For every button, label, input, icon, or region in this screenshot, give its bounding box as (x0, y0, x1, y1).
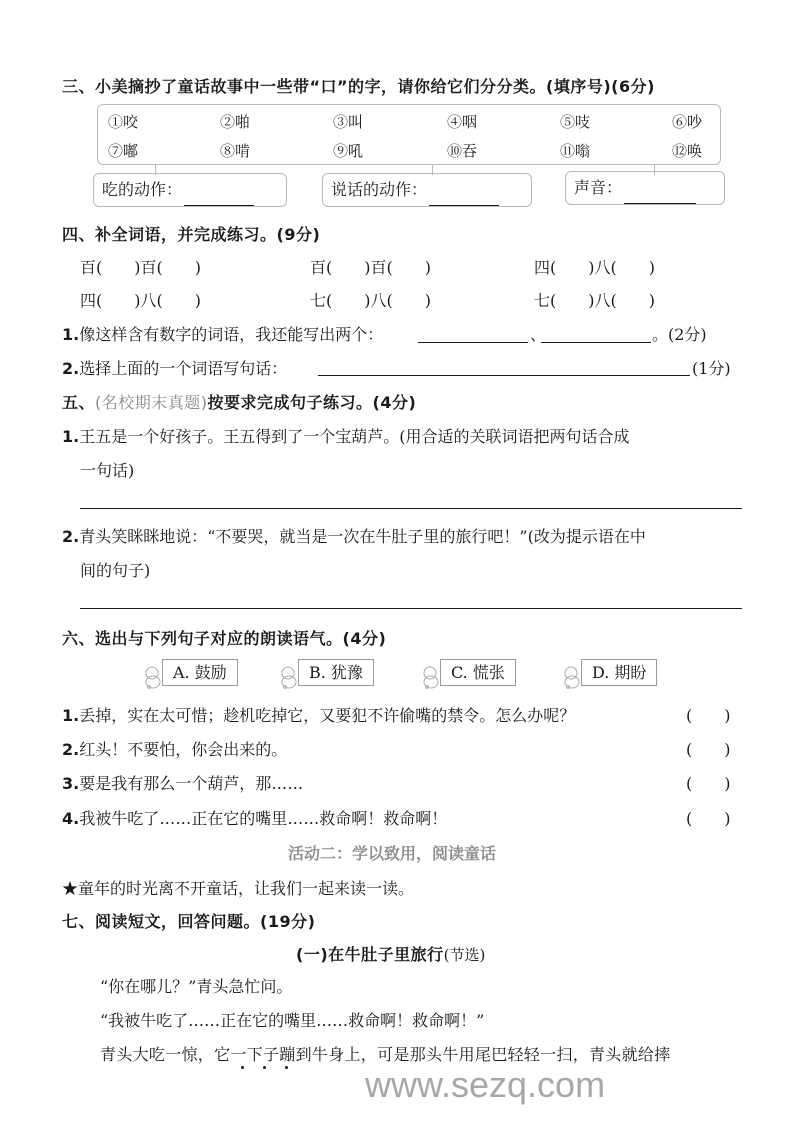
question-text: 像这样含有数字的词语，我还能写出两个： (79, 325, 383, 344)
bear-icon (144, 665, 164, 689)
section4-question-1: 1.像这样含有数字的词语，我还能写出两个： (62, 322, 383, 345)
answer-line[interactable] (80, 608, 742, 609)
question-number: 2. (62, 527, 79, 546)
passage-paragraph: 青头大吃一惊，它一下子蹦到牛身上，可是那头牛用尾巴轻轻一扫，青头就给摔 (100, 1042, 671, 1065)
option-label: B. 犹豫 (298, 659, 374, 686)
section-instruction: 按要求完成句子练习。(4分) (208, 393, 417, 412)
question-text: 青头笑眯眯地说：“不要哭，就当是一次在牛肚子里的旅行吧！”(改为提示语在中 (79, 527, 646, 546)
question-number: 2. (62, 359, 79, 378)
score-label: 。(2分) (652, 322, 707, 345)
char-item: ⑩吞 (447, 140, 477, 161)
bear-icon (422, 665, 442, 689)
section6-question: 3.要是我有那么一个葫芦，那…… (62, 771, 303, 794)
char-item: ③叫 (333, 111, 363, 132)
section5-question-2: 2.青头笑眯眯地说：“不要哭，就当是一次在牛肚子里的旅行吧！”(改为提示语在中 (62, 524, 646, 547)
category-eating[interactable]: 吃的动作： (93, 173, 287, 207)
answer-paren[interactable]: ( ) (686, 771, 731, 794)
emphasis-dot (285, 1066, 288, 1069)
answer-blank[interactable] (418, 342, 528, 343)
exam-page: 三、小美摘抄了童话故事中一些带“口”的字，请你给它们分分类。(填序号)(6分) … (0, 0, 800, 1131)
question-text-cont: 一句话) (80, 458, 134, 481)
section-number: 五、 (62, 393, 95, 412)
answer-blank[interactable] (429, 188, 499, 206)
char-item: ②啪 (220, 111, 250, 132)
char-item: ⑦嘟 (108, 140, 138, 161)
category-label: 说话的动作： (331, 180, 427, 199)
char-item: ⑧啃 (220, 140, 250, 161)
bear-icon (280, 665, 300, 689)
section7-title: 七、阅读短文，回答问题。(19分) (62, 909, 315, 932)
word-blank[interactable]: 四( )八( ) (80, 288, 201, 311)
word-blank[interactable]: 七( )八( ) (534, 288, 655, 311)
char-item: ①咬 (108, 111, 138, 132)
category-sound[interactable]: 声音： (565, 171, 725, 205)
passage-paragraph: “我被牛吃了……正在它的嘴里……救命啊！救命啊！” (100, 1008, 484, 1031)
question-text: 丢掉，实在太可惜；趁机吃掉它，又要犯不许偷嘴的禁令。怎么办呢？ (79, 706, 575, 725)
passage-title-text: (一)在牛肚子里旅行 (296, 945, 444, 964)
option-label: A. 鼓励 (162, 659, 238, 686)
section3-title: 三、小美摘抄了童话故事中一些带“口”的字，请你给它们分分类。(填序号)(6分) (62, 74, 655, 97)
char-item: ⑥吵 (672, 111, 702, 132)
char-item: ⑫唤 (672, 140, 702, 161)
question-number: 1. (62, 427, 79, 446)
answer-paren[interactable]: ( ) (686, 806, 731, 829)
option-label: C. 慌张 (440, 659, 516, 686)
char-item: ④咽 (447, 111, 477, 132)
answer-paren[interactable]: ( ) (686, 737, 731, 760)
section6-question: 2.红头！不要怕，你会出来的。 (62, 737, 287, 760)
word-blank[interactable]: 四( )八( ) (534, 255, 655, 278)
question-text: 选择上面的一个词语写句话： (79, 359, 287, 378)
passage-note: (节选) (444, 946, 486, 964)
answer-blank[interactable] (184, 188, 254, 206)
answer-paren[interactable]: ( ) (686, 703, 731, 726)
question-number: 1. (62, 325, 79, 344)
question-text: 红头！不要怕，你会出来的。 (79, 740, 287, 759)
question-number: 4. (62, 809, 79, 828)
answer-blank[interactable] (624, 186, 696, 204)
answer-blank[interactable] (318, 375, 690, 376)
emphasis-dot (241, 1066, 244, 1069)
section6-question: 1.丢掉，实在太可惜；趁机吃掉它，又要犯不许偷嘴的禁令。怎么办呢？ (62, 703, 575, 726)
activity-title: 活动二：学以致用，阅读童话 (288, 841, 496, 864)
passage-paragraph: “你在哪儿？”青头急忙问。 (100, 974, 292, 997)
watermark: www.sezq.com (365, 1064, 605, 1106)
answer-line[interactable] (80, 508, 742, 509)
section5-title: 五、(名校期末真题)按要求完成句子练习。(4分) (62, 390, 416, 413)
option-label: D. 期盼 (581, 659, 657, 686)
question-text: 我被牛吃了……正在它的嘴里……救命啊！救命啊！ (79, 809, 447, 828)
passage-title: (一)在牛肚子里旅行(节选) (296, 942, 485, 965)
activity-intro: ★童年的时光离不开童话，让我们一起来读一读。 (62, 876, 414, 899)
section5-question-1: 1.王五是一个好孩子。王五得到了一个宝葫芦。(用合适的关联词语把两句话合成 (62, 424, 629, 447)
question-number: 1. (62, 706, 79, 725)
emphasis-dot (263, 1066, 266, 1069)
answer-blank[interactable] (541, 342, 651, 343)
word-blank[interactable]: 七( )八( ) (310, 288, 431, 311)
source-tag: (名校期末真题) (95, 393, 208, 412)
question-text: 王五是一个好孩子。王五得到了一个宝葫芦。(用合适的关联词语把两句话合成 (79, 427, 629, 446)
char-list-box: ①咬 ②啪 ③叫 ④咽 ⑤吱 ⑥吵 ⑦嘟 ⑧啃 ⑨吼 ⑩吞 ⑪嗡 ⑫唤 (97, 104, 721, 165)
section6-title: 六、选出与下列句子对应的朗读语气。(4分) (62, 626, 386, 649)
question-number: 2. (62, 740, 79, 759)
section6-question: 4.我被牛吃了……正在它的嘴里……救命啊！救命啊！ (62, 806, 447, 829)
char-item: ⑨吼 (333, 140, 363, 161)
question-text: 要是我有那么一个葫芦，那…… (79, 774, 303, 793)
word-blank[interactable]: 百( )百( ) (80, 255, 201, 278)
category-label: 吃的动作： (102, 180, 182, 199)
char-item: ⑪嗡 (560, 140, 590, 161)
word-blank[interactable]: 百( )百( ) (310, 255, 431, 278)
question-text-cont: 间的句子) (80, 558, 150, 581)
score-label: (1分) (692, 356, 731, 379)
section4-title: 四、补全词语，并完成练习。(9分) (62, 222, 320, 245)
section4-question-2: 2.选择上面的一个词语写句话： (62, 356, 287, 379)
category-speaking[interactable]: 说话的动作： (322, 173, 532, 207)
category-label: 声音： (574, 178, 622, 197)
char-item: ⑤吱 (560, 111, 590, 132)
question-number: 3. (62, 774, 79, 793)
bear-icon (563, 665, 583, 689)
